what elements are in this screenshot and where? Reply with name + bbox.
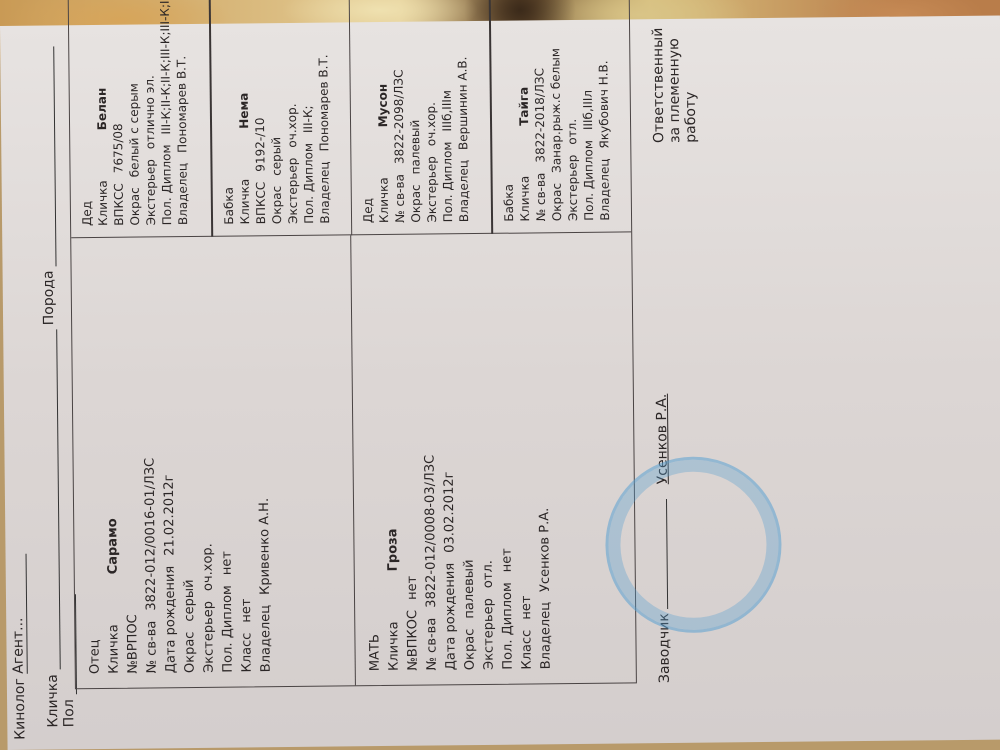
mother-cell: МАТЬ КличкаГроза№ВПКОСнет№ св-ва3822-012… <box>351 232 636 685</box>
field-value: IIIб,IIIм <box>440 90 454 132</box>
field-label: Экстерьер <box>284 158 301 224</box>
breed-label: Порода <box>41 270 58 325</box>
field-value: Гроза <box>385 528 400 571</box>
pedigree-paper: Происхожде Кинолог Агент... Кличка Пород… <box>0 16 1000 750</box>
field-label: Экстерьер <box>142 159 159 225</box>
field-value: отл. <box>565 119 579 145</box>
father-cell: Отец КличкаСарамо№ВРПОС№ св-ва3822-012/0… <box>71 235 356 688</box>
field-value: палевый <box>462 559 478 618</box>
field-value: Якубович Н.В. <box>596 60 611 148</box>
breeder-stamp <box>605 456 783 634</box>
maternal-grandfather-heading: Дед <box>356 0 376 223</box>
cynologist-value: Агент... <box>10 554 28 674</box>
field-label: № св-ва <box>392 174 409 223</box>
field-label: Экстерьер <box>564 155 581 221</box>
field-value: оч.хор. <box>424 102 438 146</box>
field-label: Владелец <box>256 605 276 673</box>
field-label: Кличка <box>517 176 533 222</box>
field-value: отл. <box>481 560 496 588</box>
field-value: оч.хор. <box>285 103 299 147</box>
field-value: серый <box>182 579 197 621</box>
field-value: серый <box>269 137 283 176</box>
field-label: № св-ва <box>422 618 442 671</box>
maternal-grandmother-heading: Бабка <box>497 0 517 222</box>
field-value: нет <box>220 551 235 575</box>
field-value: белый с серым <box>127 83 142 177</box>
responsible-label: Ответственный за племенную работу <box>650 28 699 144</box>
field-value: Пономарев В.Т. <box>316 54 331 151</box>
parents-column: Отец КличкаСарамо№ВРПОС№ св-ва3822-012/0… <box>71 231 636 688</box>
field-label: Кличка <box>104 624 124 674</box>
mother-row: ВладелецУсенков Р.А. <box>532 247 555 669</box>
field-value: 3822-2018/ЛЗС <box>532 68 547 163</box>
field-label: ВПКСС <box>253 182 269 225</box>
field-label: Окрас <box>127 187 143 225</box>
field-label: Окрас <box>269 186 285 224</box>
field-value: 21.02.2012г <box>162 474 178 555</box>
paternal-grandmother-cell: Бабка КличкаНемаВПКСС9192-/10ОкрассерыйЭ… <box>207 0 352 237</box>
field-value: III-К; <box>301 105 315 133</box>
field-value: нет <box>239 598 254 622</box>
responsible-line: Ответственный за племенную работу <box>650 19 699 143</box>
field-value: Пономарев В.Т. <box>174 56 189 153</box>
maternal-grandmother-cell: Бабка КличкаТайга№ св-ва3822-2018/ЛЗСОкр… <box>486 0 631 234</box>
sex-label: Пол <box>61 699 77 727</box>
field-label: № св-ва <box>533 173 550 222</box>
field-label: № св-ва <box>142 621 162 674</box>
paternal-grandfather-heading: Дед <box>75 0 95 226</box>
field-label: №ВПКОС <box>403 610 423 671</box>
cynologist-line: Кинолог Агент... <box>10 554 29 740</box>
field-value: Белан <box>95 88 109 131</box>
field-value: 7675/08 <box>111 123 126 173</box>
field-label: Окрас <box>460 629 479 671</box>
maternal-grandfather-cell: Дед КличкаМусон№ св-ва3822-2098/ЛЗСОкрас… <box>346 0 491 235</box>
field-label: Дата рождения <box>161 566 181 674</box>
field-label: Экстерьер <box>479 598 499 670</box>
field-label: Экстерьер <box>199 601 219 673</box>
field-value: Сарамо <box>105 518 121 574</box>
cynologist-label: Кинолог <box>12 678 29 740</box>
breed-field <box>53 46 56 266</box>
field-label: Владелец <box>174 163 191 225</box>
field-value: 3822-012/0016-01/ЛЗС <box>143 458 160 611</box>
field-value: палевый <box>408 120 423 175</box>
field-label: Окрас <box>180 631 199 673</box>
pedigree-table: Отец КличкаСарамо№ВРПОС№ св-ва3822-012/0… <box>66 0 637 689</box>
field-label: Пол. Диплом <box>580 140 597 221</box>
field-label: Окрас <box>549 183 565 221</box>
field-value: Занар.рыж.с белым <box>548 48 563 173</box>
field-value: 3822-012/0008-03/ЛЗС <box>423 455 440 608</box>
field-label: Кличка <box>384 621 404 671</box>
field-value: IIIб,IIIл <box>581 90 595 130</box>
field-value: оч.хор. <box>200 543 215 591</box>
pedigree-page: Происхожде Кинолог Агент... Кличка Пород… <box>0 16 1000 750</box>
field-value: Мусон <box>376 84 390 128</box>
field-label: Пол. Диплом <box>218 585 238 673</box>
field-label: Дата рождения <box>441 563 461 671</box>
field-label: Класс <box>237 633 256 673</box>
field-label: ВПКСС <box>111 183 127 226</box>
field-label: Пол. Диплом <box>439 141 456 222</box>
field-value: Нема <box>237 93 251 129</box>
field-label: Владелец <box>316 161 333 223</box>
field-value: отлично эл. <box>143 75 158 149</box>
field-label: Пол. Диплом <box>158 144 175 225</box>
paternal-grandfather-cell: Дед КличкаБеланВПКСС7675/08Окрасбелый с … <box>67 0 212 238</box>
grandparents-column: Дед КличкаБеланВПКСС7675/08Окрасбелый с … <box>67 0 632 238</box>
field-label: Владелец <box>536 602 556 670</box>
field-value: 03.02.2012г <box>442 472 458 553</box>
field-value: Усенков Р.А. <box>537 508 553 592</box>
field-value: Тайга <box>517 87 531 126</box>
field-label: Кличка <box>376 177 392 223</box>
field-label: Владелец <box>596 158 613 220</box>
field-label: Пол. Диплом <box>300 143 317 224</box>
field-label: Класс <box>517 630 536 670</box>
field-label: №ВРПОС <box>123 614 143 674</box>
field-label: Владелец <box>455 160 472 222</box>
field-value: 3822-2098/ЛЗС <box>391 69 406 164</box>
field-value: нет <box>519 596 534 620</box>
field-value: 9192-/10 <box>253 117 268 171</box>
nickname-field <box>56 330 61 670</box>
field-label: Пол. Диплом <box>498 582 518 670</box>
father-row: ВладелецКривенко А.Н. <box>252 250 275 672</box>
field-label: Кличка <box>95 180 111 226</box>
field-value: нет <box>499 548 514 572</box>
field-value: Кривенко А.Н. <box>257 498 273 595</box>
nickname-label: Кличка <box>45 674 62 727</box>
paternal-grandmother-heading: Бабка <box>217 0 237 225</box>
field-value: III-К;II-К;II-К;III-К;III-К;III-Барс. <box>157 0 173 135</box>
field-value: Вершинин А.В. <box>455 57 470 151</box>
field-label: Экстерьер <box>423 156 440 222</box>
field-label: Кличка <box>237 179 253 225</box>
field-label: Окрас <box>408 184 424 222</box>
field-value: нет <box>405 576 420 600</box>
